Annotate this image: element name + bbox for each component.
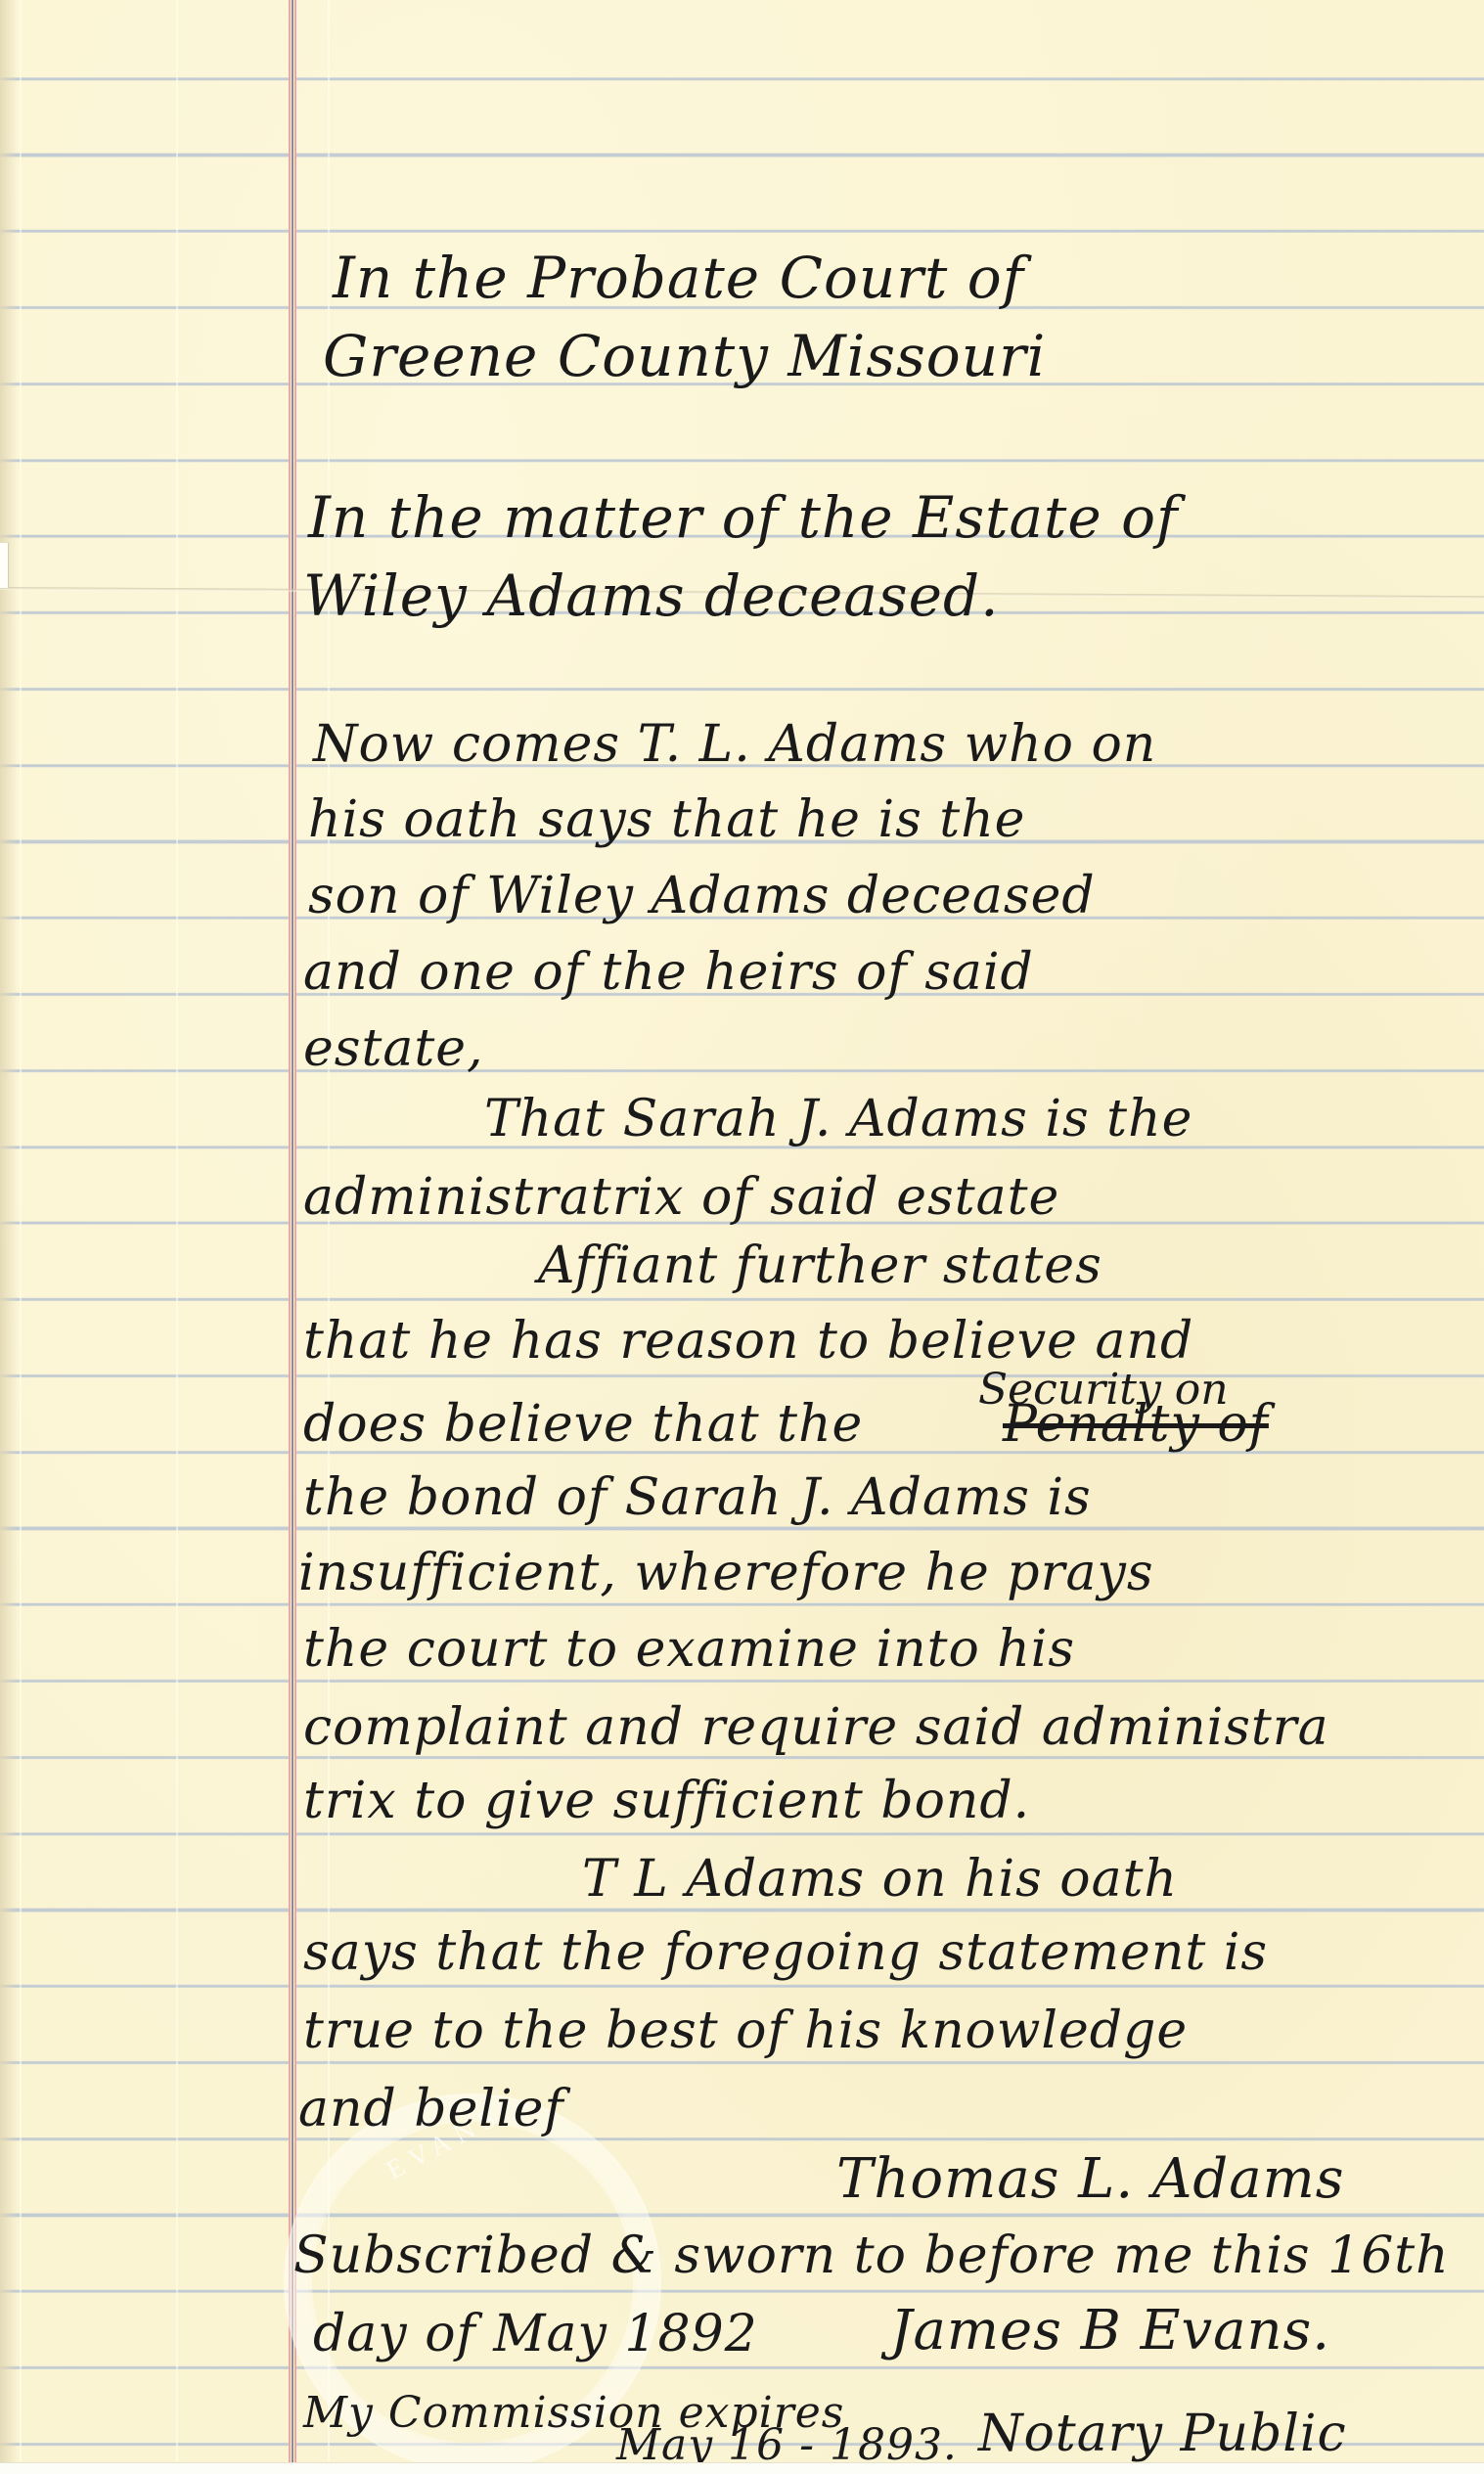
- notary-signature: James B Evans.: [890, 2304, 1330, 2359]
- affiant-signature: Thomas L. Adams: [836, 2152, 1344, 2207]
- matter-line-1: In the matter of the Estate of: [308, 489, 1179, 546]
- body-line: That Sarah J. Adams is the: [484, 1094, 1192, 1145]
- faint-vertical-line: [176, 0, 178, 2462]
- body-line: Now comes T. L. Adams who on: [313, 719, 1156, 770]
- body-line: son of Wiley Adams deceased: [308, 871, 1096, 922]
- paper-left-edge: [0, 0, 18, 2462]
- scan-bottom-margin: [0, 2462, 1484, 2474]
- body-line: T L Adams on his oath: [582, 1854, 1178, 1905]
- body-line: complaint and require said administra: [303, 1702, 1329, 1753]
- jurat-line-1: Subscribed & sworn to before me this 16t…: [293, 2230, 1450, 2281]
- matter-line-2: Wiley Adams deceased.: [303, 567, 1000, 624]
- court-caption-line-1: In the Probate Court of: [333, 249, 1024, 306]
- notary-title: Notary Public: [978, 2408, 1347, 2459]
- body-line: says that the foregoing statement is: [303, 1927, 1268, 1978]
- body-line: and belief: [298, 2084, 564, 2135]
- body-line: the court to examine into his: [303, 1624, 1075, 1675]
- fold-tab: [0, 543, 9, 588]
- body-line: does believe that the: [303, 1399, 863, 1450]
- jurat-date: day of May 1892: [313, 2309, 758, 2360]
- body-line: trix to give sufficient bond.: [303, 1776, 1030, 1826]
- body-line: insufficient, wherefore he prays: [298, 1548, 1154, 1598]
- body-line: that he has reason to believe and: [303, 1316, 1193, 1367]
- body-line: Affiant further states: [538, 1240, 1102, 1291]
- body-line: the bond of Sarah J. Adams is: [303, 1472, 1092, 1523]
- body-line: true to the best of his knowledge: [303, 2005, 1188, 2056]
- faint-vertical-line: [20, 0, 22, 2462]
- commission-expiry-date: May 16 - 1893.: [616, 2424, 958, 2467]
- body-line: his oath says that he is the: [308, 794, 1025, 845]
- court-caption-line-2: Greene County Missouri: [323, 328, 1046, 384]
- body-line: estate,: [303, 1023, 484, 1074]
- struck-text: Penalty of: [1003, 1399, 1269, 1450]
- body-line: administratrix of said estate: [303, 1172, 1059, 1223]
- red-margin-line: [289, 0, 297, 2462]
- body-line: and one of the heirs of said: [303, 947, 1034, 998]
